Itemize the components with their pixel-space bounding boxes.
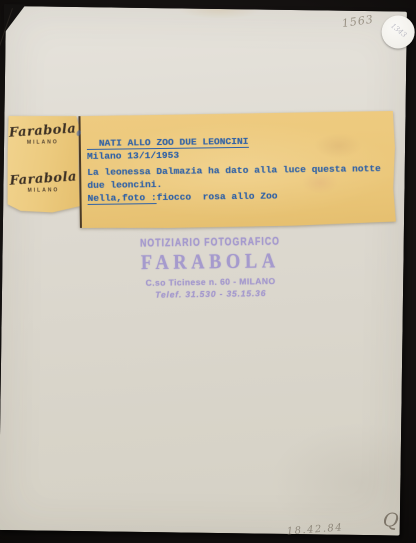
stamp-address: C.so Ticinese n. 60 - MILANO — [120, 276, 300, 289]
agency-logo-script: Farabola — [6, 121, 79, 141]
photo-paper: 1563 1343 Farabola MILANO Farabola MILAN… — [0, 6, 407, 536]
agency-logo: Farabola MILANO — [7, 123, 79, 146]
caption-photo-note: Nella,foto :fiocco rosa allo Zoo — [87, 188, 391, 205]
handwritten-archive-number: 1563 — [341, 13, 375, 30]
handwritten-bottom-number: 18.42.84 — [286, 522, 343, 537]
agency-logo-column: Farabola MILANO Farabola MILANO — [6, 115, 79, 213]
caption-text-area: NATI ALLO ZOO DUE LEONCINI Milano 13/1/1… — [78, 111, 395, 229]
caption-label-strip: Farabola MILANO Farabola MILANO NATI ALL… — [6, 111, 395, 230]
stamp-header: NOTIZIARIO FOTOGRAFICO — [122, 234, 299, 249]
caption-dateline: Milano 13/1/1953 — [87, 146, 391, 163]
sticker-number: 1343 — [389, 22, 408, 39]
agency-logo-script: Farabola — [7, 169, 80, 189]
photo-verso-scan: 1563 1343 Farabola MILANO Farabola MILAN… — [0, 0, 416, 543]
caption-photo-note-rest: fiocco rosa allo Zoo — [157, 190, 278, 203]
caption-photo-note-label: Nella,foto : — [87, 192, 156, 205]
round-sticker: 1343 — [381, 15, 414, 48]
stamp-agency-name: FARABOLA — [127, 249, 293, 274]
circled-q-mark: Q — [382, 509, 400, 533]
agency-ink-stamp: NOTIZIARIO FOTOGRAFICO FARABOLA C.so Tic… — [120, 236, 301, 301]
stamp-phone: Telef. 31.530 - 35.15.36 — [121, 288, 301, 301]
caption-title-text: NATI ALLO ZOO DUE LEONCINI — [87, 136, 249, 150]
agency-logo: Farabola MILANO — [7, 171, 79, 194]
